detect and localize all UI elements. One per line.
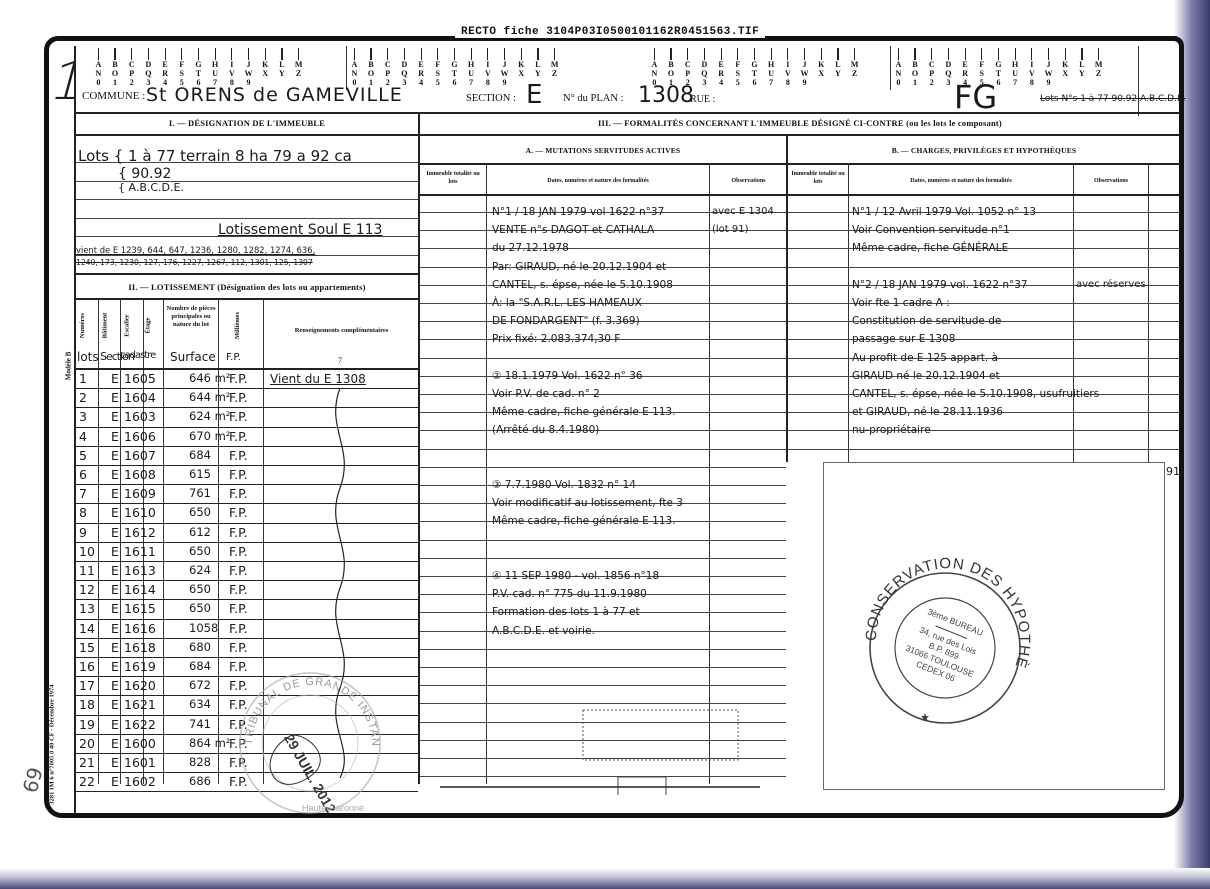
lot-section: E <box>111 409 119 424</box>
lot-number: 21 <box>79 755 95 770</box>
col-milliemes: Millièmes <box>234 312 241 339</box>
formality-line: VENTE n°s DAGOT et CATHALA <box>492 224 654 236</box>
table-row: 2E1604644 m²F.P. <box>76 389 264 408</box>
lot-section: E <box>111 601 119 616</box>
svg-text:CONSERVATION DES HYPOTHÈQUES: CONSERVATION DES HYPOTHÈQUES <box>824 463 1033 671</box>
lot-number: 20 <box>79 736 95 751</box>
formality-line: Constitution de servitude de <box>852 315 1001 327</box>
formality-line: Voir P.V. de cad. n° 2 <box>492 388 600 400</box>
lot-parcel: 1620 <box>124 678 156 693</box>
table-row: 12E1614650F.P. <box>76 581 264 600</box>
section-2-title: II. — LOTISSEMENT (Désignation des lots … <box>76 282 418 292</box>
lot-type: F.P. <box>229 640 248 655</box>
model-label: Modèle B <box>64 352 72 381</box>
lot-parcel: 1614 <box>124 582 156 597</box>
formality-line: Voir Convention servitude n°1 <box>852 224 1010 236</box>
formality-line: P.V. cad. n° 775 du 11.9.1980 <box>492 588 647 600</box>
lot-type: F.P. <box>229 448 248 463</box>
lot-parcel: 1609 <box>124 486 156 501</box>
lots-struck-note: Lots N°s 1 à 77 90.92 A.B.C.D.E. <box>1040 94 1186 104</box>
part-a-col-obs: Observations <box>711 177 786 185</box>
lot-type: F.P. <box>229 486 248 501</box>
lot-number: 17 <box>79 678 95 693</box>
lot-surface: 828 <box>189 755 211 769</box>
plan-label: N° du PLAN : <box>563 93 624 104</box>
lot-surface: 612 <box>189 525 211 539</box>
designation-line-7: 1240, 173, 1230, 127, 176, 1227, 1267, 1… <box>76 258 418 267</box>
formality-line: GIRAUD né le 20.12.1904 et <box>852 370 1000 382</box>
plan-value: 1308 <box>638 83 694 108</box>
lot-section: E <box>111 429 119 444</box>
lot-number: 11 <box>79 563 95 578</box>
lot-surface: 761 <box>189 486 211 500</box>
lot-surface: 650 <box>189 505 211 519</box>
lot-number: 15 <box>79 640 95 655</box>
lot-surface: 634 <box>189 697 211 711</box>
table-row: 5E1607684F.P. <box>76 447 264 466</box>
formality-line: Au profit de E 125 appart. à <box>852 352 998 364</box>
lot-parcel: 1621 <box>124 697 156 712</box>
section-1-title: I. — DÉSIGNATION DE L'IMMEUBLE <box>76 118 418 128</box>
lot-surface: 624 m² <box>189 409 230 423</box>
lot-parcel: 1606 <box>124 429 156 444</box>
blank-annotation-area: CONSERVATION DES HYPOTHÈQUES 3ème BUREAU… <box>823 462 1165 790</box>
table-row: 4E1606670 m²F.P. <box>76 428 264 447</box>
table-row: 15E1618680F.P. <box>76 639 264 658</box>
lot-parcel: 1618 <box>124 640 156 655</box>
lot-parcel: 1616 <box>124 621 156 636</box>
designation-line-2: { 90.92 <box>118 166 171 182</box>
part-a-col-immeuble: Immeuble totalité ou lots <box>422 170 484 186</box>
formality-line: Même cadre, fiche générale E 113. <box>492 406 676 418</box>
ruled-line <box>76 218 418 219</box>
formality-line: CANTEL, s. épse, née le 5.10.1908 <box>492 279 673 291</box>
edge-note: 91) <box>1166 465 1184 478</box>
formality-line: Prix fixé: 2.083.374,30 F <box>492 333 620 345</box>
designation-line-3: { A.B.C.D.E. <box>118 181 184 194</box>
lot-surface: 646 m² <box>189 371 230 385</box>
lot-surface: 672 <box>189 678 211 692</box>
designation-line-6: vient de E 1239, 644, 647, 1236, 1280, 1… <box>76 245 418 255</box>
lot-parcel: 1619 <box>124 659 156 674</box>
lot-type: F.P. <box>229 467 248 482</box>
lot-section: E <box>111 563 119 578</box>
page-shadow <box>0 868 1210 889</box>
lot-section: E <box>111 697 119 712</box>
lot-parcel: 1605 <box>124 371 156 386</box>
lot-type: F.P. <box>229 505 248 520</box>
designation-line-1: Lots { 1 à 77 terrain 8 ha 79 a 92 ca <box>78 147 352 165</box>
lot-type: F.P. <box>229 582 248 597</box>
lot-type: F.P. <box>229 429 248 444</box>
table-row: 7E1609761F.P. <box>76 485 264 504</box>
lot-surface: 644 m² <box>189 390 230 404</box>
lot-parcel: 1603 <box>124 409 156 424</box>
formality-line: ② 18.1.1979 Vol. 1622 n° 36 <box>492 370 643 382</box>
lot-section: E <box>111 390 119 405</box>
conservation-stamp: CONSERVATION DES HYPOTHÈQUES 3ème BUREAU… <box>824 463 1166 791</box>
formality-line: ③ 7.7.1980 Vol. 1832 n° 14 <box>492 479 636 491</box>
col-etage: Étage <box>144 318 151 334</box>
lot-number: 22 <box>79 774 95 789</box>
commune-label: COMMUNE : <box>82 90 145 102</box>
formality-line: Même cadre, fiche générale E 113. <box>492 515 676 527</box>
lot-type: F.P. <box>229 371 248 386</box>
col-renseignements: Renseignements complémentaires <box>265 327 418 335</box>
col-number-7: 7 <box>338 356 342 365</box>
formality-line: Même cadre, fiche GÉNÉRALE <box>852 242 1008 254</box>
lot-number: 4 <box>79 429 87 444</box>
lot-number: 6 <box>79 467 87 482</box>
lot-parcel: 1613 <box>124 563 156 578</box>
lot-number: 18 <box>79 697 95 712</box>
lot-parcel: 1607 <box>124 448 156 463</box>
formality-line: Formation des lots 1 à 77 et <box>492 606 640 618</box>
formality-line: nu-propriétaire <box>852 424 931 436</box>
lot-parcel: 1610 <box>124 505 156 520</box>
observation-note: (lot 91) <box>712 224 749 235</box>
col-override-fp: F.P. <box>226 352 241 363</box>
lot-surface: 1058 <box>189 621 218 635</box>
formality-line: Par: GIRAUD, né le 20.12.1904 et <box>492 261 666 273</box>
col-nature: Nombre de pièces principales ou nature d… <box>165 305 217 329</box>
designation-line-5: Lotissement Soul E 113 <box>218 222 382 238</box>
lot-parcel: 1600 <box>124 736 156 751</box>
lot-section: E <box>111 582 119 597</box>
lot-number: 12 <box>79 582 95 597</box>
lot-surface: 670 m² <box>189 429 230 443</box>
lot-number: 8 <box>79 505 87 520</box>
part-b-col-immeuble: Immeuble totalité ou lots <box>790 170 846 186</box>
formality-line: Voir modificatif au lotissement, fte 3 <box>492 497 683 509</box>
section-label: SECTION : <box>466 93 516 104</box>
observation-note: avec réserves <box>1076 279 1146 290</box>
formality-line: DE FONDARGENT" (f. 3.369) <box>492 315 640 327</box>
col-escalier: Escalier <box>124 314 131 336</box>
lot-number: 2 <box>79 390 87 405</box>
lot-number: 7 <box>79 486 87 501</box>
formality-line: et GIRAUD, né le 28.11.1936 <box>852 406 1003 418</box>
lot-section: E <box>111 717 119 732</box>
part-a-col-dates: Dates, numéros et nature des formalités <box>488 177 708 185</box>
lot-surface: 650 <box>189 582 211 596</box>
col-override-cadastre: cadastre <box>120 350 164 361</box>
table-row: 1E1605646 m²F.P. <box>76 370 264 389</box>
lot-section: E <box>111 525 119 540</box>
lot-type: F.P. <box>229 563 248 578</box>
table-row: 9E1612612F.P. <box>76 524 264 543</box>
svg-text:Haute-Garonne: Haute-Garonne <box>302 803 364 813</box>
formality-line: ④ 11 SEP 1980 - vol. 1856 n°18 <box>492 570 659 582</box>
lot-type: F.P. <box>229 601 248 616</box>
formality-line: N°2 / 18 JAN 1979 vol. 1622 n°37 <box>852 279 1028 291</box>
svg-text:TRIBUNAL DE GRANDE INSTANCE de: TRIBUNAL DE GRANDE INSTANCE de TOULOUSE <box>232 665 381 747</box>
ruled-line <box>76 255 418 256</box>
table-row: 6E1608615F.P. <box>76 466 264 485</box>
lot-section: E <box>111 505 119 520</box>
lot-section: E <box>111 621 119 636</box>
lot-section: E <box>111 544 119 559</box>
lot-type: F.P. <box>229 390 248 405</box>
col-override-surface: Surface <box>170 350 216 364</box>
table-row: 13E1615650F.P. <box>76 600 264 619</box>
bottom-scan-noise <box>440 705 760 795</box>
lot-section: E <box>111 448 119 463</box>
col-override-lots: lots <box>77 350 99 364</box>
lot-surface: 624 <box>189 563 211 577</box>
formality-line: A.B.C.D.E. et voirie. <box>492 625 595 637</box>
lot-section: E <box>111 736 119 751</box>
lot-section: E <box>111 640 119 655</box>
lot-parcel: 1602 <box>124 774 156 789</box>
section-3-title: III. — FORMALITÉS CONCERNANT L'IMMEUBLE … <box>420 118 1180 128</box>
lot-number: 14 <box>79 621 95 636</box>
table-row: 10E1611650F.P. <box>76 543 264 562</box>
formality-line: Voir fte 1 cadre A : <box>852 297 950 309</box>
lot-parcel: 1604 <box>124 390 156 405</box>
lot-parcel: 1601 <box>124 755 156 770</box>
lot-section: E <box>111 659 119 674</box>
part-b-col-obs: Observations <box>1075 177 1147 185</box>
lot-surface: 650 <box>189 601 211 615</box>
lot-number: 1 <box>79 371 87 386</box>
lot-number: 19 <box>79 717 95 732</box>
lot-type: F.P. <box>229 409 248 424</box>
lot-number: 5 <box>79 448 87 463</box>
tribunal-stamp: TRIBUNAL DE GRANDE INSTANCE de TOULOUSE … <box>232 665 387 820</box>
lot-surface: 864 m² <box>189 736 230 750</box>
svg-text:★: ★ <box>920 712 930 724</box>
col-batiment: Bâtiment <box>101 313 108 339</box>
lot-number: 3 <box>79 409 87 424</box>
lot-type: F.P. <box>229 525 248 540</box>
form-reference: N° 3281 IM 6 n°7005 0 40 CF - Décembre 1… <box>49 594 56 814</box>
lot-surface: 650 <box>189 544 211 558</box>
table-row: 11E1613624F.P. <box>76 562 264 581</box>
lot-parcel: 1611 <box>124 544 156 559</box>
index-letters-group-1: ABCDEFGHIJKLMNOPQRSTUVWXYZ0123456789 <box>90 60 307 87</box>
part-b-title: B. — CHARGES, PRIVILÈGES ET HYPOTHÈQUES <box>788 146 1180 155</box>
lot-number: 9 <box>79 525 87 540</box>
handwritten-code: FG <box>954 78 997 116</box>
table-row: 3E1603624 m²F.P. <box>76 408 264 427</box>
lot-section: E <box>111 486 119 501</box>
observation-note: avec E 1304 <box>712 206 774 217</box>
lot-number: 16 <box>79 659 95 674</box>
commune-value: St ORENS de GAMEVILLE <box>146 84 403 106</box>
lot-number: 13 <box>79 601 95 616</box>
formality-line: À: la "S.A.R.L. LES HAMEAUX <box>492 297 642 309</box>
formality-line: N°1 / 12 Avril 1979 Vol. 1052 n° 13 <box>852 206 1036 218</box>
lot-parcel: 1612 <box>124 525 156 540</box>
part-b-col-dates: Dates, numéros et nature des formalités <box>850 177 1072 185</box>
formality-line: passage sur E 1308 <box>852 333 955 345</box>
lot-surface: 680 <box>189 640 211 654</box>
lot-type: F.P. <box>229 621 248 636</box>
table-row: 8E1610650F.P. <box>76 504 264 523</box>
lot-section: E <box>111 467 119 482</box>
lot-surface: 684 <box>189 659 211 673</box>
lot-section: E <box>111 755 119 770</box>
part-a-title: A. — MUTATIONS SERVITUDES ACTIVES <box>420 146 786 155</box>
table-row: 14E16161058F.P. <box>76 620 264 639</box>
index-letters-group-4: ABCDEFGHIJKLMNOPQRSTUVWXYZ0123456789 <box>890 60 1107 87</box>
document-title: RECTO fiche 3104P03I0500101162R0451563.T… <box>455 26 765 38</box>
formality-line: CANTEL, s. épse, née le 5.10.1908, usufr… <box>852 388 1099 400</box>
lot-surface: 741 <box>189 717 211 731</box>
ruled-line <box>76 199 418 200</box>
lot-section: E <box>111 678 119 693</box>
lot-type: F.P. <box>229 544 248 559</box>
lot-parcel: 1615 <box>124 601 156 616</box>
lot-parcel: 1608 <box>124 467 156 482</box>
lot-surface: 615 <box>189 467 211 481</box>
lot-surface: 684 <box>189 448 211 462</box>
lot-parcel: 1622 <box>124 717 156 732</box>
section-value: E <box>526 80 542 110</box>
remarks-text: Vient du E 1308 <box>270 372 366 386</box>
lot-section: E <box>111 774 119 789</box>
formality-line: du 27.12.1978 <box>492 242 569 254</box>
formality-line: N°1 / 18 JAN 1979 vol 1622 n°37 <box>492 206 664 218</box>
lot-section: E <box>111 371 119 386</box>
lot-surface: 686 <box>189 774 211 788</box>
formality-line: (Arrêté du 8.4.1980) <box>492 424 599 436</box>
lot-number: 10 <box>79 544 95 559</box>
col-numeros: Numéros <box>79 313 86 338</box>
rue-label: RUE : <box>690 94 715 105</box>
